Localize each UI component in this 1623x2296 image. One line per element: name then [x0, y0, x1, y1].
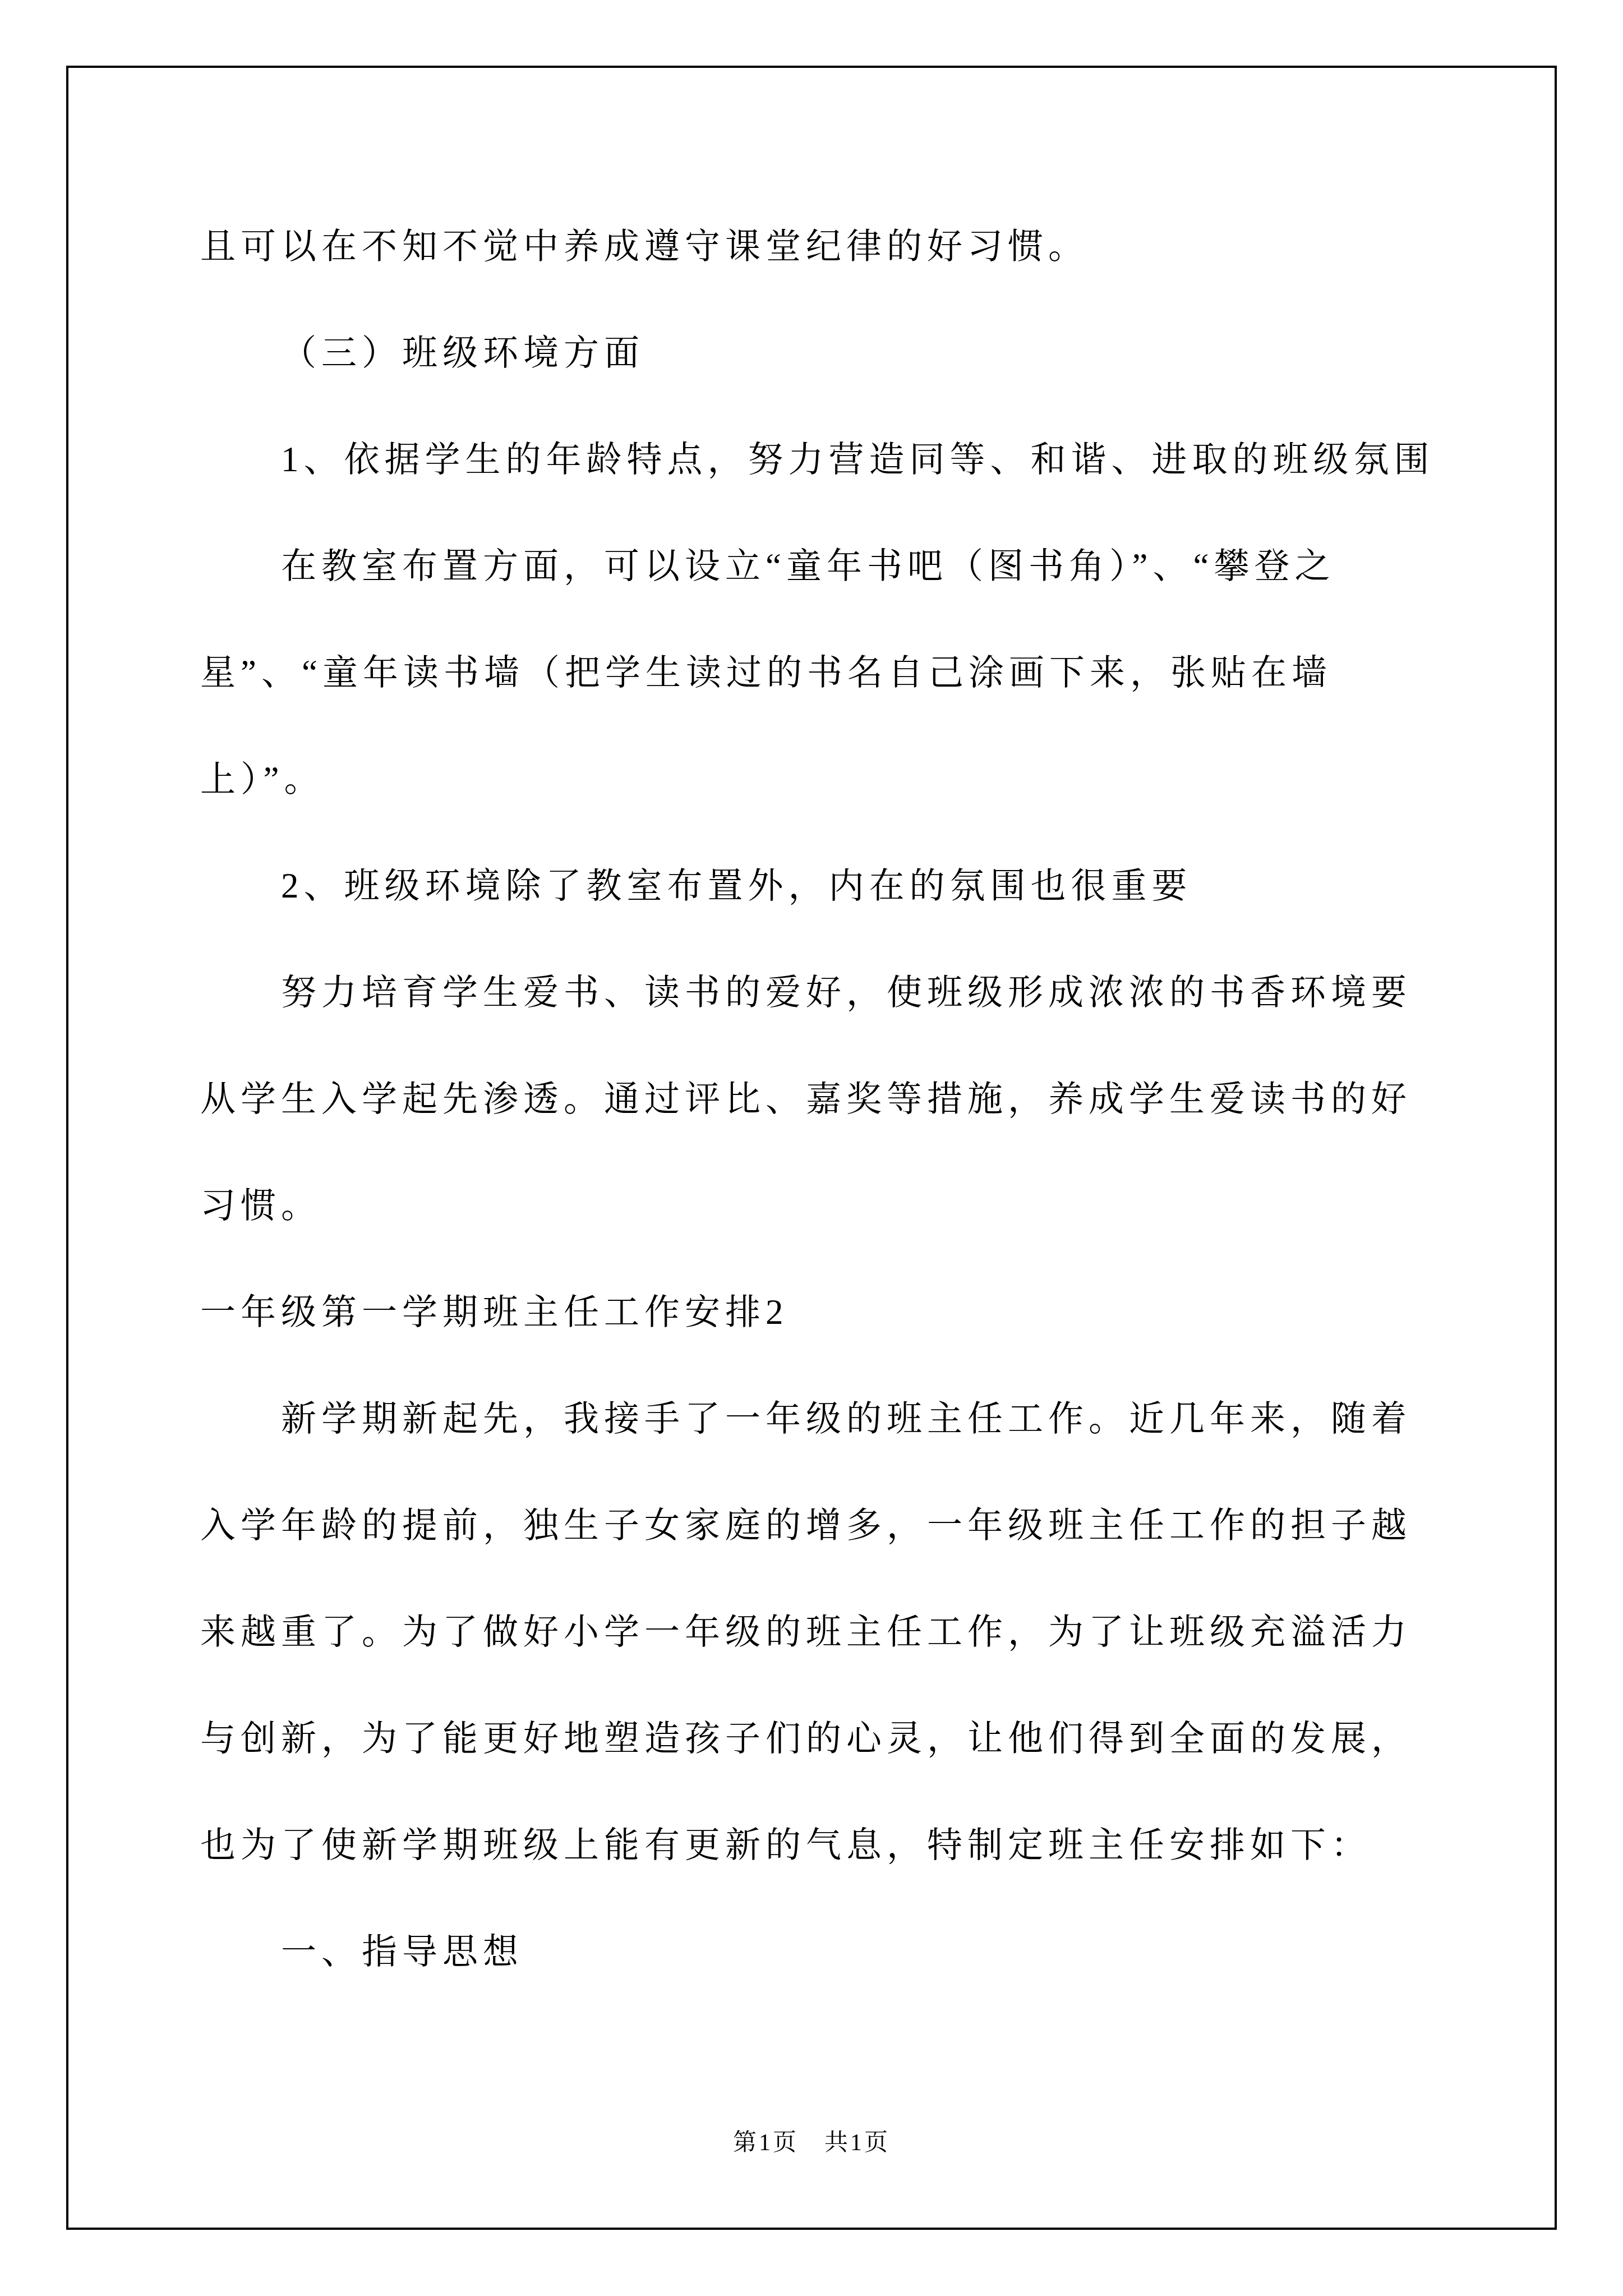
text-line: 与创新，为了能更好地塑造孩子们的心灵，让他们得到全面的发展，	[200, 1721, 1412, 1756]
document-text: 且可以在不知不觉中养成遵守课堂纪律的好习惯。（三）班级环境方面1、依据学生的年龄…	[0, 0, 1623, 2296]
text-line: （三）班级环境方面	[281, 335, 644, 371]
text-line: 上）”。	[200, 762, 324, 797]
text-line: 来越重了。为了做好小学一年级的班主任工作，为了让班级充溢活力	[200, 1614, 1412, 1650]
text-line: 努力培育学生爱书、读书的爱好，使班级形成浓浓的书香环境要	[281, 975, 1412, 1010]
document-page: 且可以在不知不觉中养成遵守课堂纪律的好习惯。（三）班级环境方面1、依据学生的年龄…	[0, 0, 1623, 2296]
page-number: 第1页 共1页	[733, 2130, 890, 2156]
text-line: 从学生入学起先渗透。通过评比、嘉奖等措施，养成学生爱读书的好	[200, 1082, 1412, 1117]
text-line: 也为了使新学期班级上能有更新的气息，特制定班主任安排如下：	[200, 1828, 1371, 1863]
text-line: 且可以在不知不觉中养成遵守课堂纪律的好习惯。	[200, 229, 1089, 264]
page-footer: 第1页 共1页	[0, 2130, 1623, 2156]
text-line: 一、指导思想	[281, 1934, 523, 1970]
text-line: 星”、“童年读书墙（把学生读过的书名自己涂画下来，张贴在墙	[200, 655, 1332, 691]
text-line: 新学期新起先，我接手了一年级的班主任工作。近几年来，随着	[281, 1401, 1412, 1437]
text-line: 在教室布置方面，可以设立“童年书吧（图书角）”、“攀登之	[281, 549, 1335, 584]
text-line: 2、班级环境除了教室布置外，内在的氛围也很重要	[281, 868, 1192, 904]
text-line: 习惯。	[200, 1188, 321, 1223]
text-line: 入学年龄的提前，独生子女家庭的增多，一年级班主任工作的担子越	[200, 1508, 1412, 1543]
text-line: 一年级第一学期班主任工作安排2	[200, 1295, 789, 1330]
text-line: 1、依据学生的年龄特点，努力营造同等、和谐、进取的班级氛围	[281, 442, 1435, 477]
